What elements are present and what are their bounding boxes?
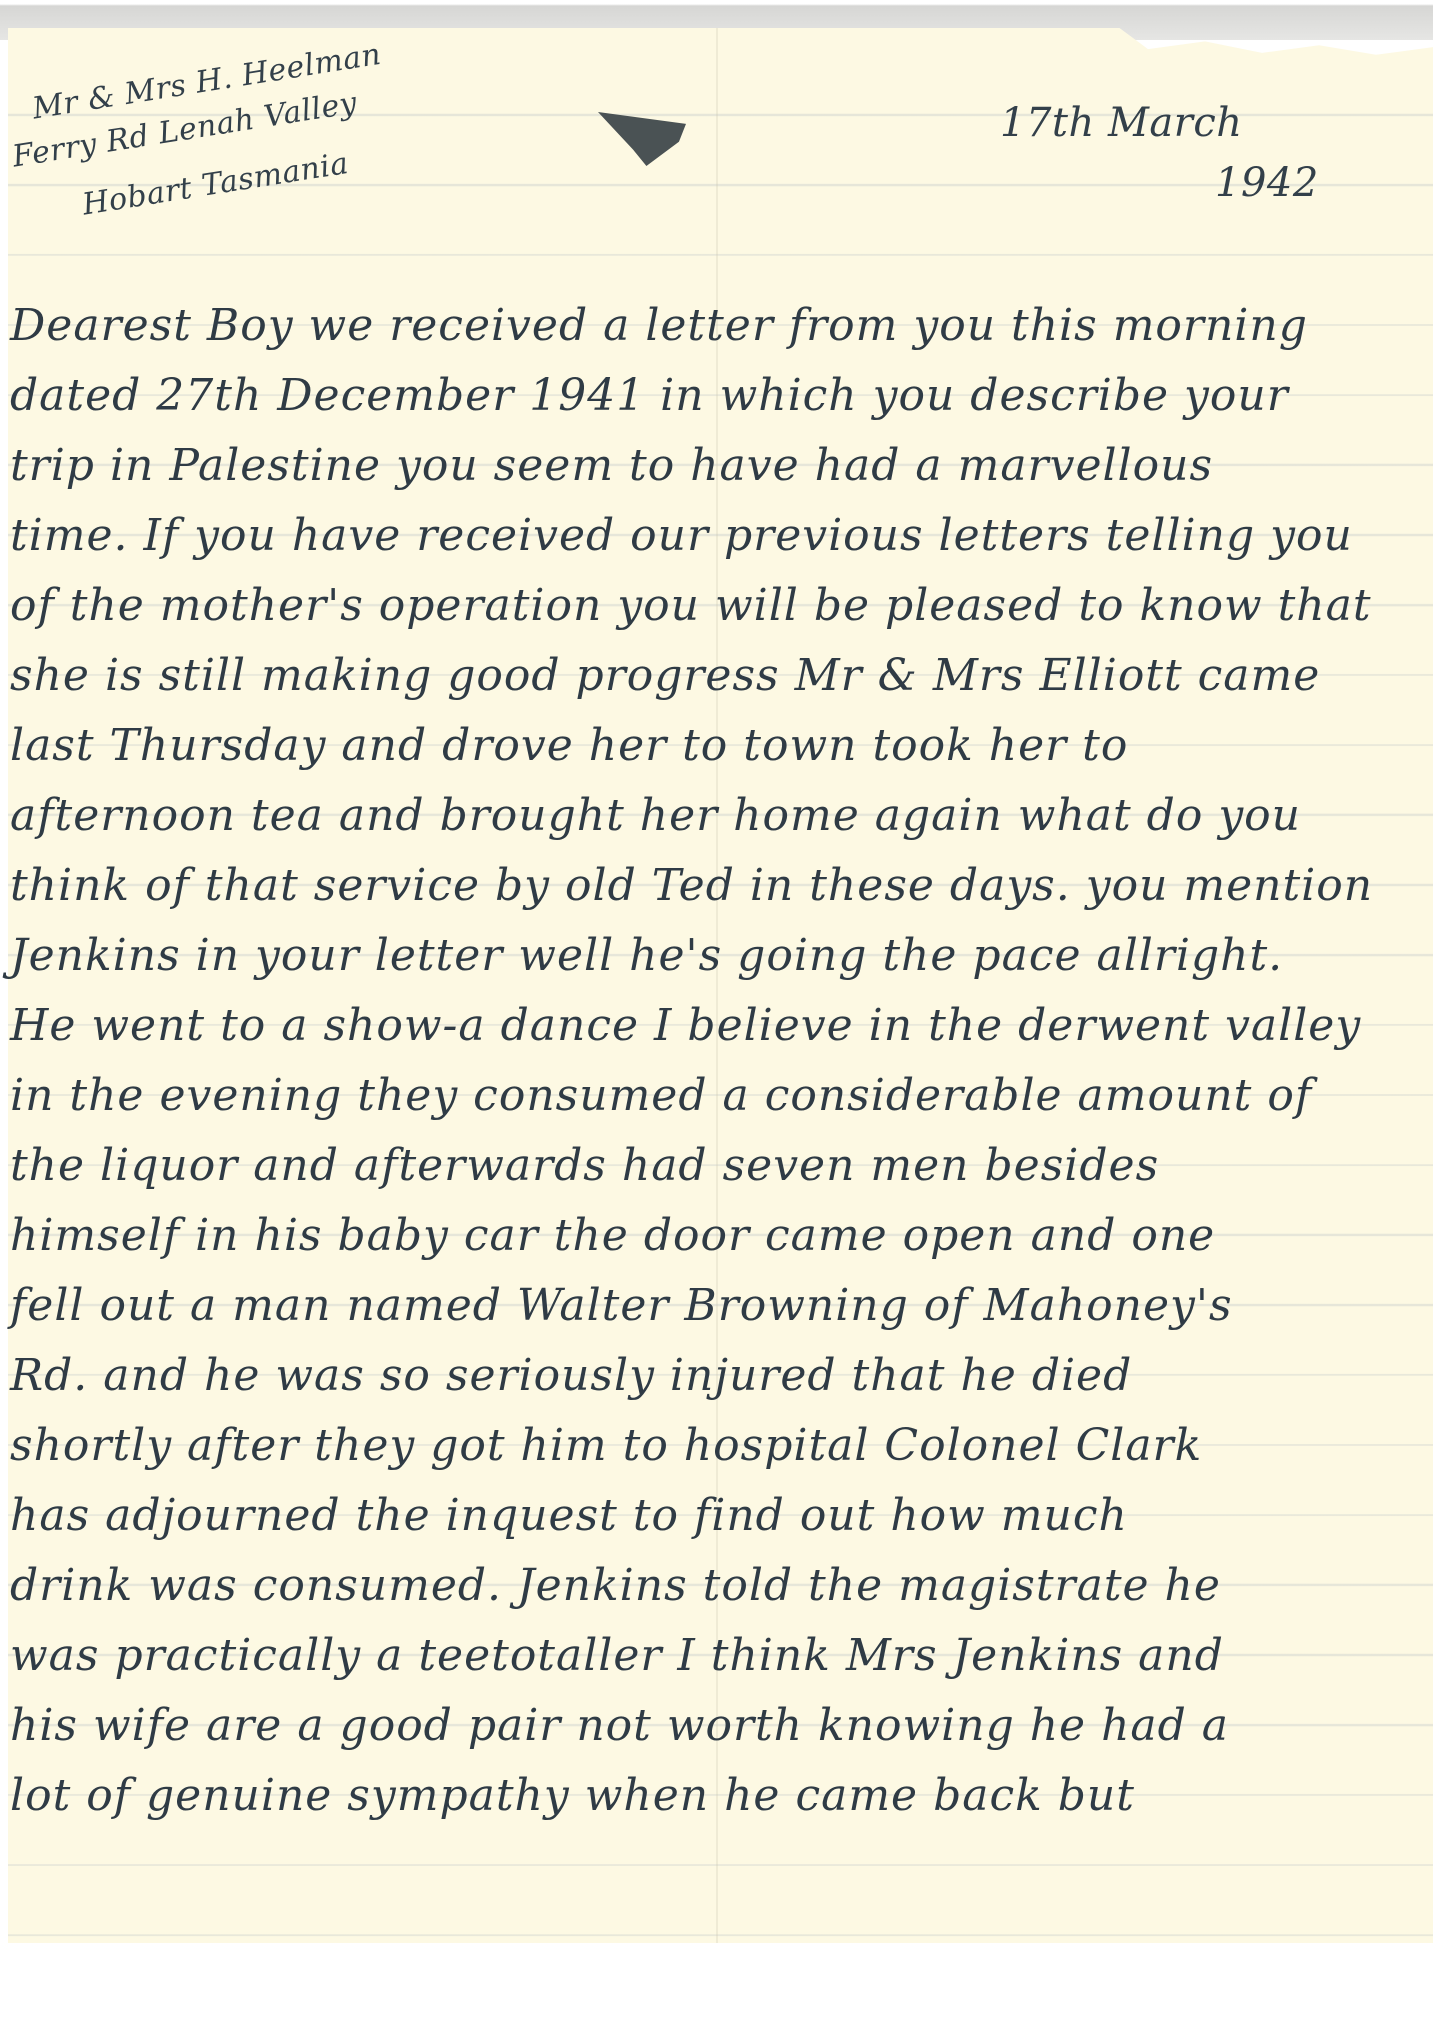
body-line: Rd. and he was so seriously injured that… [10, 1350, 1132, 1401]
body-line: time. If you have received our previous … [10, 510, 1353, 561]
date-day: 17th [1000, 100, 1095, 146]
body-line: of the mother's operation you will be pl… [10, 580, 1372, 631]
scanner-bottom-margin [0, 1943, 1433, 2023]
body-line: He went to a show-a dance I believe in t… [10, 1000, 1361, 1051]
body-line: last Thursday and drove her to town took… [10, 720, 1128, 771]
body-line: afternoon tea and brought her home again… [10, 790, 1301, 841]
body-line: think of that service by old Ted in thes… [10, 860, 1373, 911]
date-year: 1942 [1215, 160, 1319, 206]
body-line: has adjourned the inquest to find out ho… [10, 1490, 1128, 1541]
body-line: himself in his baby car the door came op… [10, 1210, 1215, 1261]
body-line: lot of genuine sympathy when he came bac… [10, 1770, 1135, 1821]
body-line: Jenkins in your letter well he's going t… [10, 930, 1283, 981]
body-line: trip in Palestine you seem to have had a… [10, 440, 1213, 491]
body-line: she is still making good progress Mr & M… [10, 650, 1320, 701]
body-line: fell out a man named Walter Browning of … [10, 1280, 1233, 1331]
body-line: was practically a teetotaller I think Mr… [10, 1630, 1224, 1681]
body-line: Dearest Boy we received a letter from yo… [10, 300, 1308, 351]
body-line: the liquor and afterwards had seven men … [10, 1140, 1159, 1191]
body-line: shortly after they got him to hospital C… [10, 1420, 1202, 1471]
body-line: dated 27th December 1941 in which you de… [10, 370, 1289, 421]
body-line: his wife are a good pair not worth knowi… [10, 1700, 1229, 1751]
body-line: drink was consumed. Jenkins told the mag… [10, 1560, 1221, 1611]
date-month: March [1108, 100, 1243, 146]
body-line: in the evening they consumed a considera… [10, 1070, 1312, 1121]
